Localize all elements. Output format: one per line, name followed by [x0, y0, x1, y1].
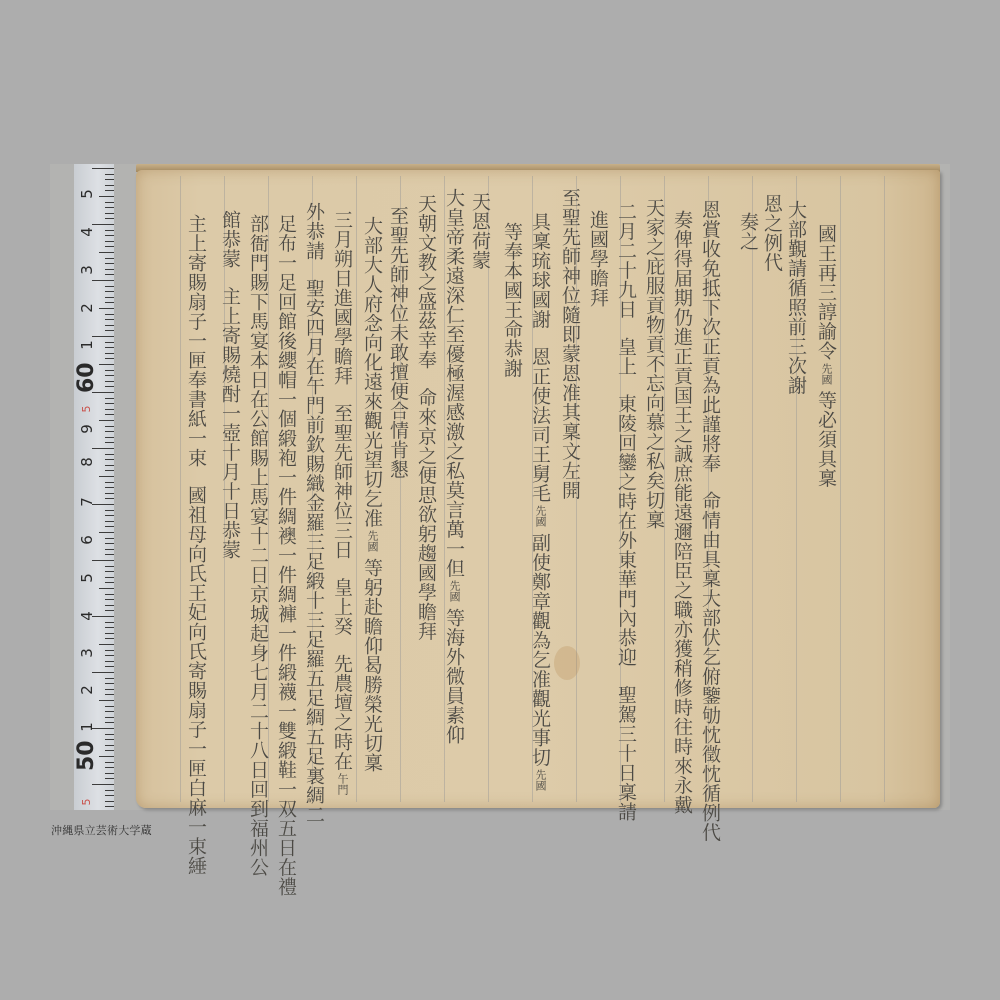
- manuscript-text: 恩正使法司王舅毛: [529, 347, 551, 503]
- ruler-tick: [105, 655, 114, 656]
- ruler-tick: [105, 482, 114, 483]
- manuscript-column: 進國學瞻拜: [585, 210, 611, 308]
- manuscript-text: 等必須具稟: [815, 391, 837, 489]
- manuscript-column: 至聖先師神位未敢擅便合情肯懇: [385, 206, 411, 479]
- manuscript-column: 恩賞收免抵下次正貢為此謹將奉命情由具稟大部伏乞俯鑒劬忱徵忱循例代: [697, 200, 723, 842]
- ruler-number: 1: [79, 334, 95, 356]
- manuscript-text: 等躬赴瞻仰曷勝榮光切稟: [361, 558, 383, 773]
- manuscript-text: 外恭請: [303, 202, 325, 261]
- ruler-tick: [105, 521, 114, 522]
- ruler-number: 6: [79, 529, 95, 551]
- ruler-tick: [92, 168, 114, 169]
- ruler-number: 60: [79, 371, 95, 393]
- manuscript-text: 主上寄賜扇子一匣奉書紙一束: [185, 214, 207, 468]
- ruler-tick: [105, 734, 114, 735]
- ruler-number: 8: [79, 451, 95, 473]
- manuscript-column: 大皇帝柔遠深仁至優極渥感激之私莫言萬一但先國等海外微員素仰: [441, 188, 467, 745]
- ruler-tick: [105, 286, 114, 287]
- measuring-ruler: 54321605987654321505: [74, 164, 114, 810]
- ruler-tick: [105, 291, 114, 292]
- manuscript-text: 進國學瞻拜: [587, 210, 609, 308]
- ruler-tick: [105, 554, 114, 555]
- manuscript-text: 至聖先師神位隨即蒙恩准其稟文左開: [559, 188, 581, 500]
- ruler-tick: [105, 297, 114, 298]
- ruler-tick: [105, 543, 114, 544]
- ruler-number: 4: [79, 605, 95, 627]
- ruler-tick: [105, 353, 114, 354]
- ruler-tick: [105, 778, 114, 779]
- ruler-tick: [99, 420, 114, 421]
- ruler-tick: [105, 767, 114, 768]
- collection-caption: 沖縄県立芸術大学蔵: [51, 822, 152, 838]
- ruler-tick: [105, 694, 114, 695]
- ruler-number: 50: [79, 749, 95, 771]
- ruler-tick: [105, 230, 114, 231]
- manuscript-column: 等奉本國王命恭謝: [499, 222, 525, 378]
- ruler-number: 5: [79, 567, 95, 589]
- ruler-tick: [105, 739, 114, 740]
- manuscript-text: 聖安四月在午門前欽賜織金羅三足緞十三足羅五足綢五足裏綢二: [303, 279, 325, 825]
- ruler-tick: [105, 493, 114, 494]
- manuscript-column: 大部覲請循照前三次謝: [783, 200, 809, 395]
- ruler-tick: [105, 678, 114, 679]
- manuscript-text: 館恭蒙: [219, 210, 241, 269]
- ruler-tick: [105, 302, 114, 303]
- manuscript-text: 命情由具稟大部伏乞俯鑒劬忱徵忱循例代: [699, 491, 721, 842]
- ruler-tick: [92, 784, 114, 785]
- ruler-tick: [105, 386, 114, 387]
- ruler-tick: [105, 358, 114, 359]
- manuscript-column: 外恭請聖安四月在午門前欽賜織金羅三足緞十三足羅五足綢五足裏綢二: [301, 202, 327, 825]
- manuscript-text: 國祖母向氏王妃向氏寄賜扇子一匣白麻一束綞: [185, 486, 207, 876]
- ruler-tick: [105, 218, 114, 219]
- manuscript-text: 恩賞收免抵下次正貢為此謹將奉: [699, 200, 721, 473]
- ruler-tick: [105, 711, 114, 712]
- ruler-tick: [92, 560, 114, 561]
- interlinear-note: 先國: [366, 530, 379, 552]
- ruler-tick: [105, 431, 114, 432]
- ruler-tick: [105, 801, 114, 802]
- ruler-number: 7: [79, 491, 95, 513]
- ruler-tick: [105, 526, 114, 527]
- ruler-tick: [105, 459, 114, 460]
- manuscript-text: 至聖先師神位三日: [331, 404, 353, 560]
- ruler-tick: [105, 235, 114, 236]
- ruler-tick: [105, 790, 114, 791]
- ruled-line: [840, 176, 841, 802]
- ruler-number: 4: [79, 221, 95, 243]
- manuscript-text: 等海外微員素仰: [443, 608, 465, 745]
- ruler-tick: [105, 795, 114, 796]
- ruler-tick: [99, 476, 114, 477]
- manuscript-text: 命來京之便思欲躬趨國學瞻拜: [415, 388, 437, 642]
- ruler-tick: [105, 258, 114, 259]
- interlinear-note: 先國: [534, 505, 547, 527]
- manuscript-column: 三月朔日進國學瞻拜至聖先師神位三日皇上癸先農壇之時在午門: [329, 210, 355, 801]
- interlinear-note: 先國: [820, 363, 833, 385]
- manuscript-text: 等奉本國王命恭謝: [501, 222, 523, 378]
- manuscript-column: 二月二十九日皇上東陵回鑾之時在外東華門內恭迎聖駕三十日稟請: [613, 202, 639, 822]
- manuscript-text: 主上寄賜燒酎一壺十月十日恭蒙: [219, 287, 241, 560]
- ruler-tick: [105, 330, 114, 331]
- manuscript-text: 先農壇之時在: [331, 654, 353, 771]
- manuscript-column: 大部大人府念向化遠來觀光望切乞准先國等躬赴瞻仰曷勝榮光切稟: [359, 216, 385, 773]
- ruler-tick: [99, 196, 114, 197]
- ruler-tick: [105, 319, 114, 320]
- ruler-tick: [105, 437, 114, 438]
- manuscript-text: 部衙門賜下馬宴本日在公館賜上馬宴十二日京城起身七月二十八日回到福州公: [247, 214, 269, 877]
- manuscript-column: 至聖先師神位隨即蒙恩准其稟文左開: [557, 188, 583, 500]
- manuscript-text: 三月朔日進國學瞻拜: [331, 210, 353, 386]
- ruler-tick: [105, 342, 114, 343]
- manuscript-column: 主上寄賜扇子一匣奉書紙一束國祖母向氏王妃向氏寄賜扇子一匣白麻一束綞: [183, 214, 209, 876]
- manuscript-text: 恩之例代: [761, 194, 783, 272]
- ruler-tick: [99, 532, 114, 533]
- manuscript-column: 天家之庇服貢物貢不忘向慕之私矣切稟: [641, 198, 667, 530]
- ruler-tick: [105, 750, 114, 751]
- manuscript-text: 皇上癸: [331, 578, 353, 637]
- ruler-tick: [105, 263, 114, 264]
- manuscript-column: 部衙門賜下馬宴本日在公館賜上馬宴十二日京城起身七月二十八日回到福州公: [245, 214, 271, 877]
- ruler-tick: [105, 571, 114, 572]
- manuscript-column: 奏之: [735, 212, 761, 251]
- manuscript-column: 天朝文教之盛茲幸奉命來京之便思欲躬趨國學瞻拜: [413, 194, 439, 641]
- ruler-tick: [105, 426, 114, 427]
- ruler-tick: [105, 566, 114, 567]
- ruler-tick: [105, 190, 114, 191]
- ruler-tick: [105, 717, 114, 718]
- ruler-tick: [105, 599, 114, 600]
- ruler-tick: [105, 622, 114, 623]
- manuscript-text: 具稟琉球國謝: [529, 212, 551, 329]
- ruler-tick: [99, 756, 114, 757]
- ruler-tick: [99, 588, 114, 589]
- viewer-stage: 54321605987654321505 國王再三諄諭令先國等必須具稟大部覲請循…: [0, 0, 1000, 1000]
- ruler-tick: [105, 594, 114, 595]
- ruler-tick: [105, 370, 114, 371]
- paper-stain: [554, 646, 580, 680]
- ruler-tick: [92, 224, 114, 225]
- ruler-tick: [105, 549, 114, 550]
- interlinear-note: 先國: [534, 769, 547, 791]
- ruler-tick: [105, 706, 114, 707]
- ruled-line: [752, 176, 753, 802]
- ruler-tick: [105, 246, 114, 247]
- interlinear-note: 午門: [336, 773, 349, 795]
- manuscript-column: 具稟琉球國謝恩正使法司王舅毛先國副使鄭章觀為乞准觀光事切先國: [527, 212, 553, 797]
- ruler-number: 3: [79, 259, 95, 281]
- ruler-tick: [105, 403, 114, 404]
- ruler-tick: [105, 762, 114, 763]
- ruler-tick: [105, 510, 114, 511]
- ruler-tick: [105, 683, 114, 684]
- manuscript-text: 天恩荷蒙: [469, 192, 491, 270]
- ruler-tick: [99, 252, 114, 253]
- ruled-line: [180, 176, 181, 802]
- manuscript-text: 天朝文教之盛茲幸奉: [415, 194, 437, 370]
- ruler-tick: [105, 722, 114, 723]
- ruler-tick: [105, 773, 114, 774]
- ruler-tick: [105, 174, 114, 175]
- ruler-tick: [105, 314, 114, 315]
- ruler-tick: [105, 381, 114, 382]
- manuscript-page: 國王再三諄諭令先國等必須具稟大部覲請循照前三次謝恩之例代奏之恩賞收免抵下次正貢為…: [136, 170, 940, 808]
- ruler-tick: [105, 207, 114, 208]
- ruler-tick: [105, 202, 114, 203]
- ruled-line: [356, 176, 357, 802]
- manuscript-text: 皇上: [615, 337, 637, 376]
- ruler-tick: [105, 347, 114, 348]
- manuscript-text: 足布一足回館後纓帽一個緞袍一件綢襖一件綢褲一件緞襪一雙緞鞋一双五日在禮: [275, 214, 297, 897]
- ruler-tick: [105, 274, 114, 275]
- ruler-tick: [105, 269, 114, 270]
- manuscript-text: 副使鄭: [529, 533, 551, 592]
- ruler-tick: [105, 650, 114, 651]
- ruler-tick: [105, 414, 114, 415]
- manuscript-text: 奏俾得届期仍進正貢国王之誠庶能遠邇陪臣之職亦獲稍修時往時來永戴: [671, 210, 693, 815]
- ruler-tick: [105, 633, 114, 634]
- manuscript-text: 大部覲請循照前三次謝: [785, 200, 807, 395]
- ruler-tick: [92, 672, 114, 673]
- ruler-tick: [105, 498, 114, 499]
- ruler-tick: [105, 442, 114, 443]
- ruler-tick: [105, 465, 114, 466]
- ruler-tick: [99, 644, 114, 645]
- ruler-tick: [105, 409, 114, 410]
- manuscript-text: 為乞准觀光事切: [529, 631, 551, 768]
- manuscript-column: 國王再三諄諭令先國等必須具稟: [813, 224, 839, 488]
- manuscript-text: 東陵回鑾之時在外東華門內恭迎: [615, 394, 637, 667]
- ruler-number: 1: [79, 716, 95, 738]
- manuscript-column: 天恩荷蒙: [467, 192, 493, 270]
- ruler-tick: [99, 700, 114, 701]
- ruler-tick: [105, 375, 114, 376]
- ruler-tick: [105, 185, 114, 186]
- ruler-number: 5: [79, 398, 95, 420]
- manuscript-text: 奏之: [737, 212, 759, 251]
- ruler-tick: [105, 666, 114, 667]
- ruler-tick: [105, 538, 114, 539]
- manuscript-text: 國王再三諄諭令: [815, 224, 837, 361]
- ruler-number: 9: [79, 418, 95, 440]
- ruler-tick: [105, 398, 114, 399]
- ruler-tick: [105, 661, 114, 662]
- ruler-tick: [92, 448, 114, 449]
- ruler-tick: [105, 627, 114, 628]
- ruler-tick: [105, 515, 114, 516]
- ruler-tick: [105, 325, 114, 326]
- interlinear-note: 先國: [448, 580, 461, 602]
- manuscript-text: 天家之庇服貢物貢不忘向慕之私矣切稟: [643, 198, 665, 530]
- ruler-tick: [105, 689, 114, 690]
- ruler-tick: [105, 577, 114, 578]
- ruler-tick: [105, 605, 114, 606]
- manuscript-column: 足布一足回館後纓帽一個緞袍一件綢襖一件綢褲一件緞襪一雙緞鞋一双五日在禮: [273, 214, 299, 897]
- ruler-tick: [105, 582, 114, 583]
- ruler-tick: [105, 454, 114, 455]
- manuscript-column: 館恭蒙主上寄賜燒酎一壺十月十日恭蒙: [217, 210, 243, 560]
- ruler-number: 5: [79, 183, 95, 205]
- manuscript-text: 大皇帝柔遠深仁至優極渥感激之私莫言萬一但: [443, 188, 465, 578]
- ruler-tick: [92, 336, 114, 337]
- ruler-number: 2: [79, 679, 95, 701]
- ruler-number: 5: [79, 791, 95, 810]
- ruler-tick: [105, 745, 114, 746]
- manuscript-text: 二月二十九日: [615, 202, 637, 319]
- manuscript-text: 章觀: [529, 592, 551, 631]
- ruler-tick: [105, 241, 114, 242]
- manuscript-text: 聖駕三十日稟請: [615, 685, 637, 822]
- ruler-tick: [105, 638, 114, 639]
- ruler-number: 2: [79, 297, 95, 319]
- ruler-tick: [99, 364, 114, 365]
- ruler-tick: [105, 806, 114, 807]
- ruler-tick: [105, 470, 114, 471]
- ruler-tick: [99, 308, 114, 309]
- manuscript-text: 至聖先師神位未敢擅便合情肯懇: [387, 206, 409, 479]
- ruler-tick: [105, 179, 114, 180]
- ruler-tick: [92, 280, 114, 281]
- ruler-number: 3: [79, 642, 95, 664]
- ruler-tick: [105, 213, 114, 214]
- ruled-line: [884, 176, 885, 802]
- ruler-tick: [105, 487, 114, 488]
- ruler-tick: [105, 610, 114, 611]
- manuscript-column: 奏俾得届期仍進正貢国王之誠庶能遠邇陪臣之職亦獲稍修時往時來永戴: [669, 210, 695, 815]
- manuscript-column: 恩之例代: [759, 194, 785, 272]
- manuscript-text: 大部大人府念向化遠來觀光望切乞准: [361, 216, 383, 528]
